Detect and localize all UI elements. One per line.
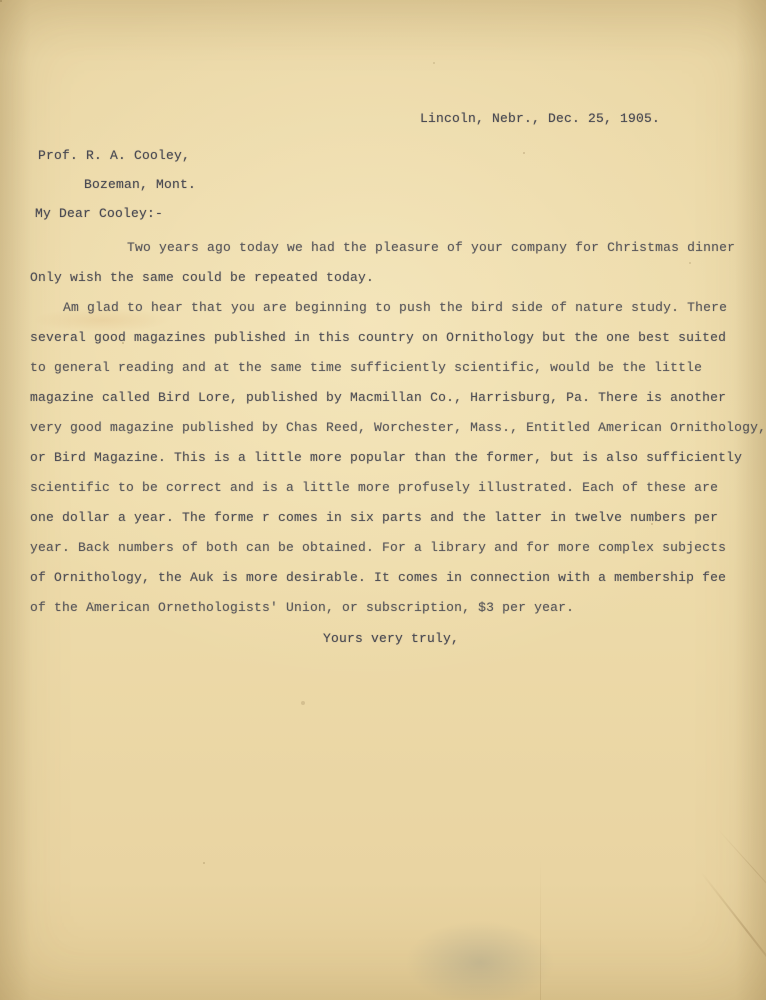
body-line: Two years ago today we had the pleasure …: [30, 240, 762, 270]
body-line: to general reading and at the same time …: [30, 360, 762, 390]
dateline: Lincoln, Nebr., Dec. 25, 1905.: [420, 112, 660, 126]
body-line: several good magazines published in this…: [30, 330, 762, 360]
body-line: one dollar a year. The forme r comes in …: [30, 510, 762, 540]
paper-crease: [718, 829, 766, 911]
body-line: of Ornithology, the Auk is more desirabl…: [30, 570, 762, 600]
paper-crease: [540, 855, 541, 1000]
body-line: magazine called Bird Lore, published by …: [30, 390, 762, 420]
recipient-name: Prof. R. A. Cooley,: [38, 149, 190, 163]
paper-crease: [700, 871, 766, 990]
body-line: of the American Ornethologists' Union, o…: [30, 600, 762, 630]
closing: Yours very truly,: [323, 632, 459, 646]
body-line: or Bird Magazine. This is a little more …: [30, 450, 762, 480]
body-line: Only wish the same could be repeated tod…: [30, 270, 762, 300]
salutation: My Dear Cooley:-: [35, 207, 163, 221]
letter-page: Lincoln, Nebr., Dec. 25, 1905. Prof. R. …: [0, 0, 766, 1000]
paper-specks: [0, 0, 2, 2]
body-line: very good magazine published by Chas Ree…: [30, 420, 762, 450]
body-line: scientific to be correct and is a little…: [30, 480, 762, 510]
body-line: year. Back numbers of both can be obtain…: [30, 540, 762, 570]
letter-body: Two years ago today we had the pleasure …: [30, 240, 762, 630]
body-line: Am glad to hear that you are beginning t…: [30, 300, 762, 330]
paper-smudge: [405, 920, 555, 1000]
recipient-address: Bozeman, Mont.: [84, 178, 196, 192]
